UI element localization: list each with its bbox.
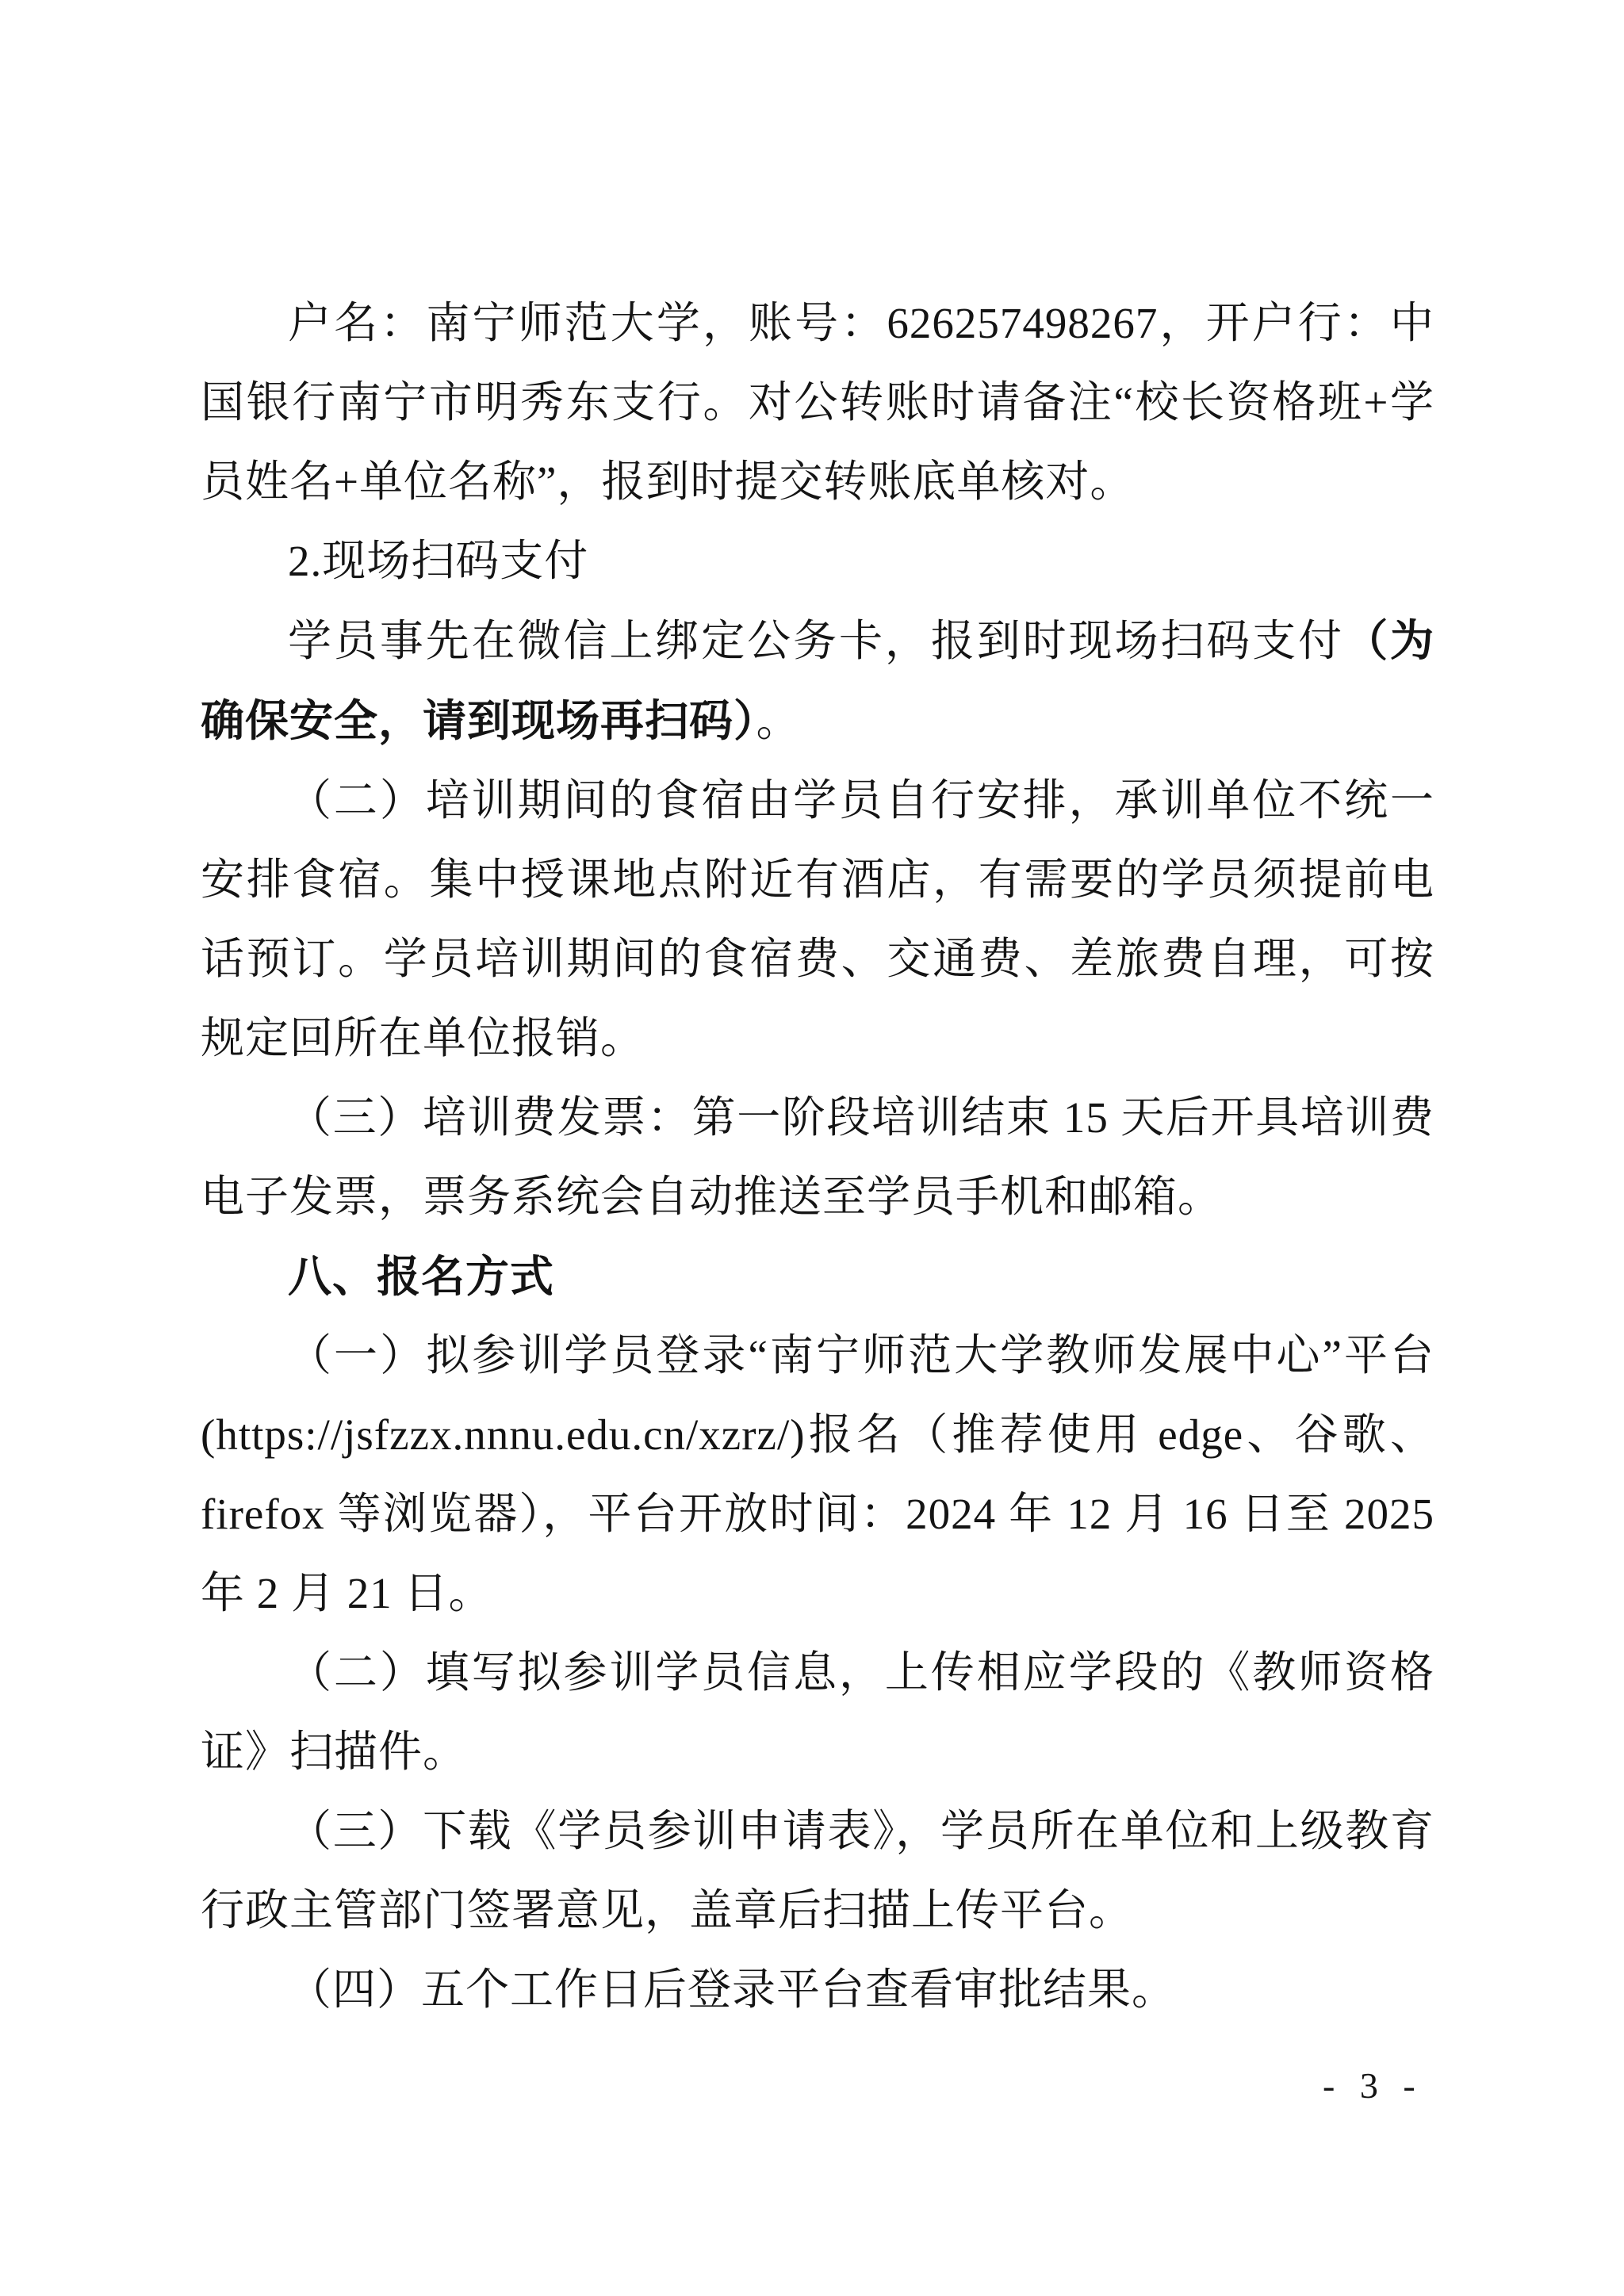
- heading-text: 八、报名方式: [288, 1252, 554, 1301]
- text-segment: 2.现场扫码支付: [288, 537, 588, 585]
- text-segment: 户名：南宁师范大学，账号：626257498267，开户行：中国银行南宁市明秀东…: [201, 299, 1434, 506]
- paragraph-registration-step-3: （三）下载《学员参训申请表》，学员所在单位和上级教育行政主管部门签署意见，盖章后…: [201, 1792, 1434, 1950]
- text-segment: （四）五个工作日后登录平台查看审批结果。: [288, 1965, 1176, 2014]
- paragraph-onsite-scan-pay-title: 2.现场扫码支付: [201, 522, 1434, 601]
- text-segment: （二）填写拟参训学员信息，上传相应学段的《教师资格证》扫描件。: [201, 1648, 1434, 1776]
- paragraph-invoice-info: （三）培训费发票：第一阶段培训结束 15 天后开具培训费电子发票，票务系统会自动…: [201, 1078, 1434, 1237]
- paragraph-registration-step-1: （一）拟参训学员登录“南宁师范大学教师发展中心”平台(https://jsfzz…: [201, 1316, 1434, 1633]
- text-segment: 。: [756, 697, 801, 745]
- text-segment: 学员事先在微信上绑定公务卡，报到时现场扫码支付: [288, 617, 1344, 665]
- section-heading-registration-method: 八、报名方式: [201, 1237, 1434, 1316]
- page-number: - 3 -: [1323, 2064, 1423, 2107]
- text-segment: （二）培训期间的食宿由学员自行安排，承训单位不统一安排食宿。集中授课地点附近有酒…: [201, 776, 1434, 1062]
- paragraph-registration-step-4: （四）五个工作日后登录平台查看审批结果。: [201, 1950, 1434, 2030]
- text-segment: （三）下载《学员参训申请表》，学员所在单位和上级教育行政主管部门签署意见，盖章后…: [201, 1807, 1434, 1934]
- document-page: 户名：南宁师范大学，账号：626257498267，开户行：中国银行南宁市明秀东…: [0, 0, 1624, 2296]
- paragraph-accommodation-info: （二）培训期间的食宿由学员自行安排，承训单位不统一安排食宿。集中授课地点附近有酒…: [201, 761, 1434, 1078]
- paragraph-registration-step-2: （二）填写拟参训学员信息，上传相应学段的《教师资格证》扫描件。: [201, 1633, 1434, 1792]
- text-segment: （三）培训费发票：第一阶段培训结束 15 天后开具培训费电子发票，票务系统会自动…: [201, 1093, 1434, 1221]
- paragraph-onsite-scan-pay-detail: 学员事先在微信上绑定公务卡，报到时现场扫码支付（为确保安全，请到现场再扫码）。: [201, 601, 1434, 761]
- text-segment: （一）拟参训学员登录“南宁师范大学教师发展中心”平台(https://jsfzz…: [201, 1331, 1434, 1617]
- paragraph-bank-transfer-info: 户名：南宁师范大学，账号：626257498267，开户行：中国银行南宁市明秀东…: [201, 284, 1434, 522]
- document-body: 户名：南宁师范大学，账号：626257498267，开户行：中国银行南宁市明秀东…: [201, 284, 1434, 2030]
